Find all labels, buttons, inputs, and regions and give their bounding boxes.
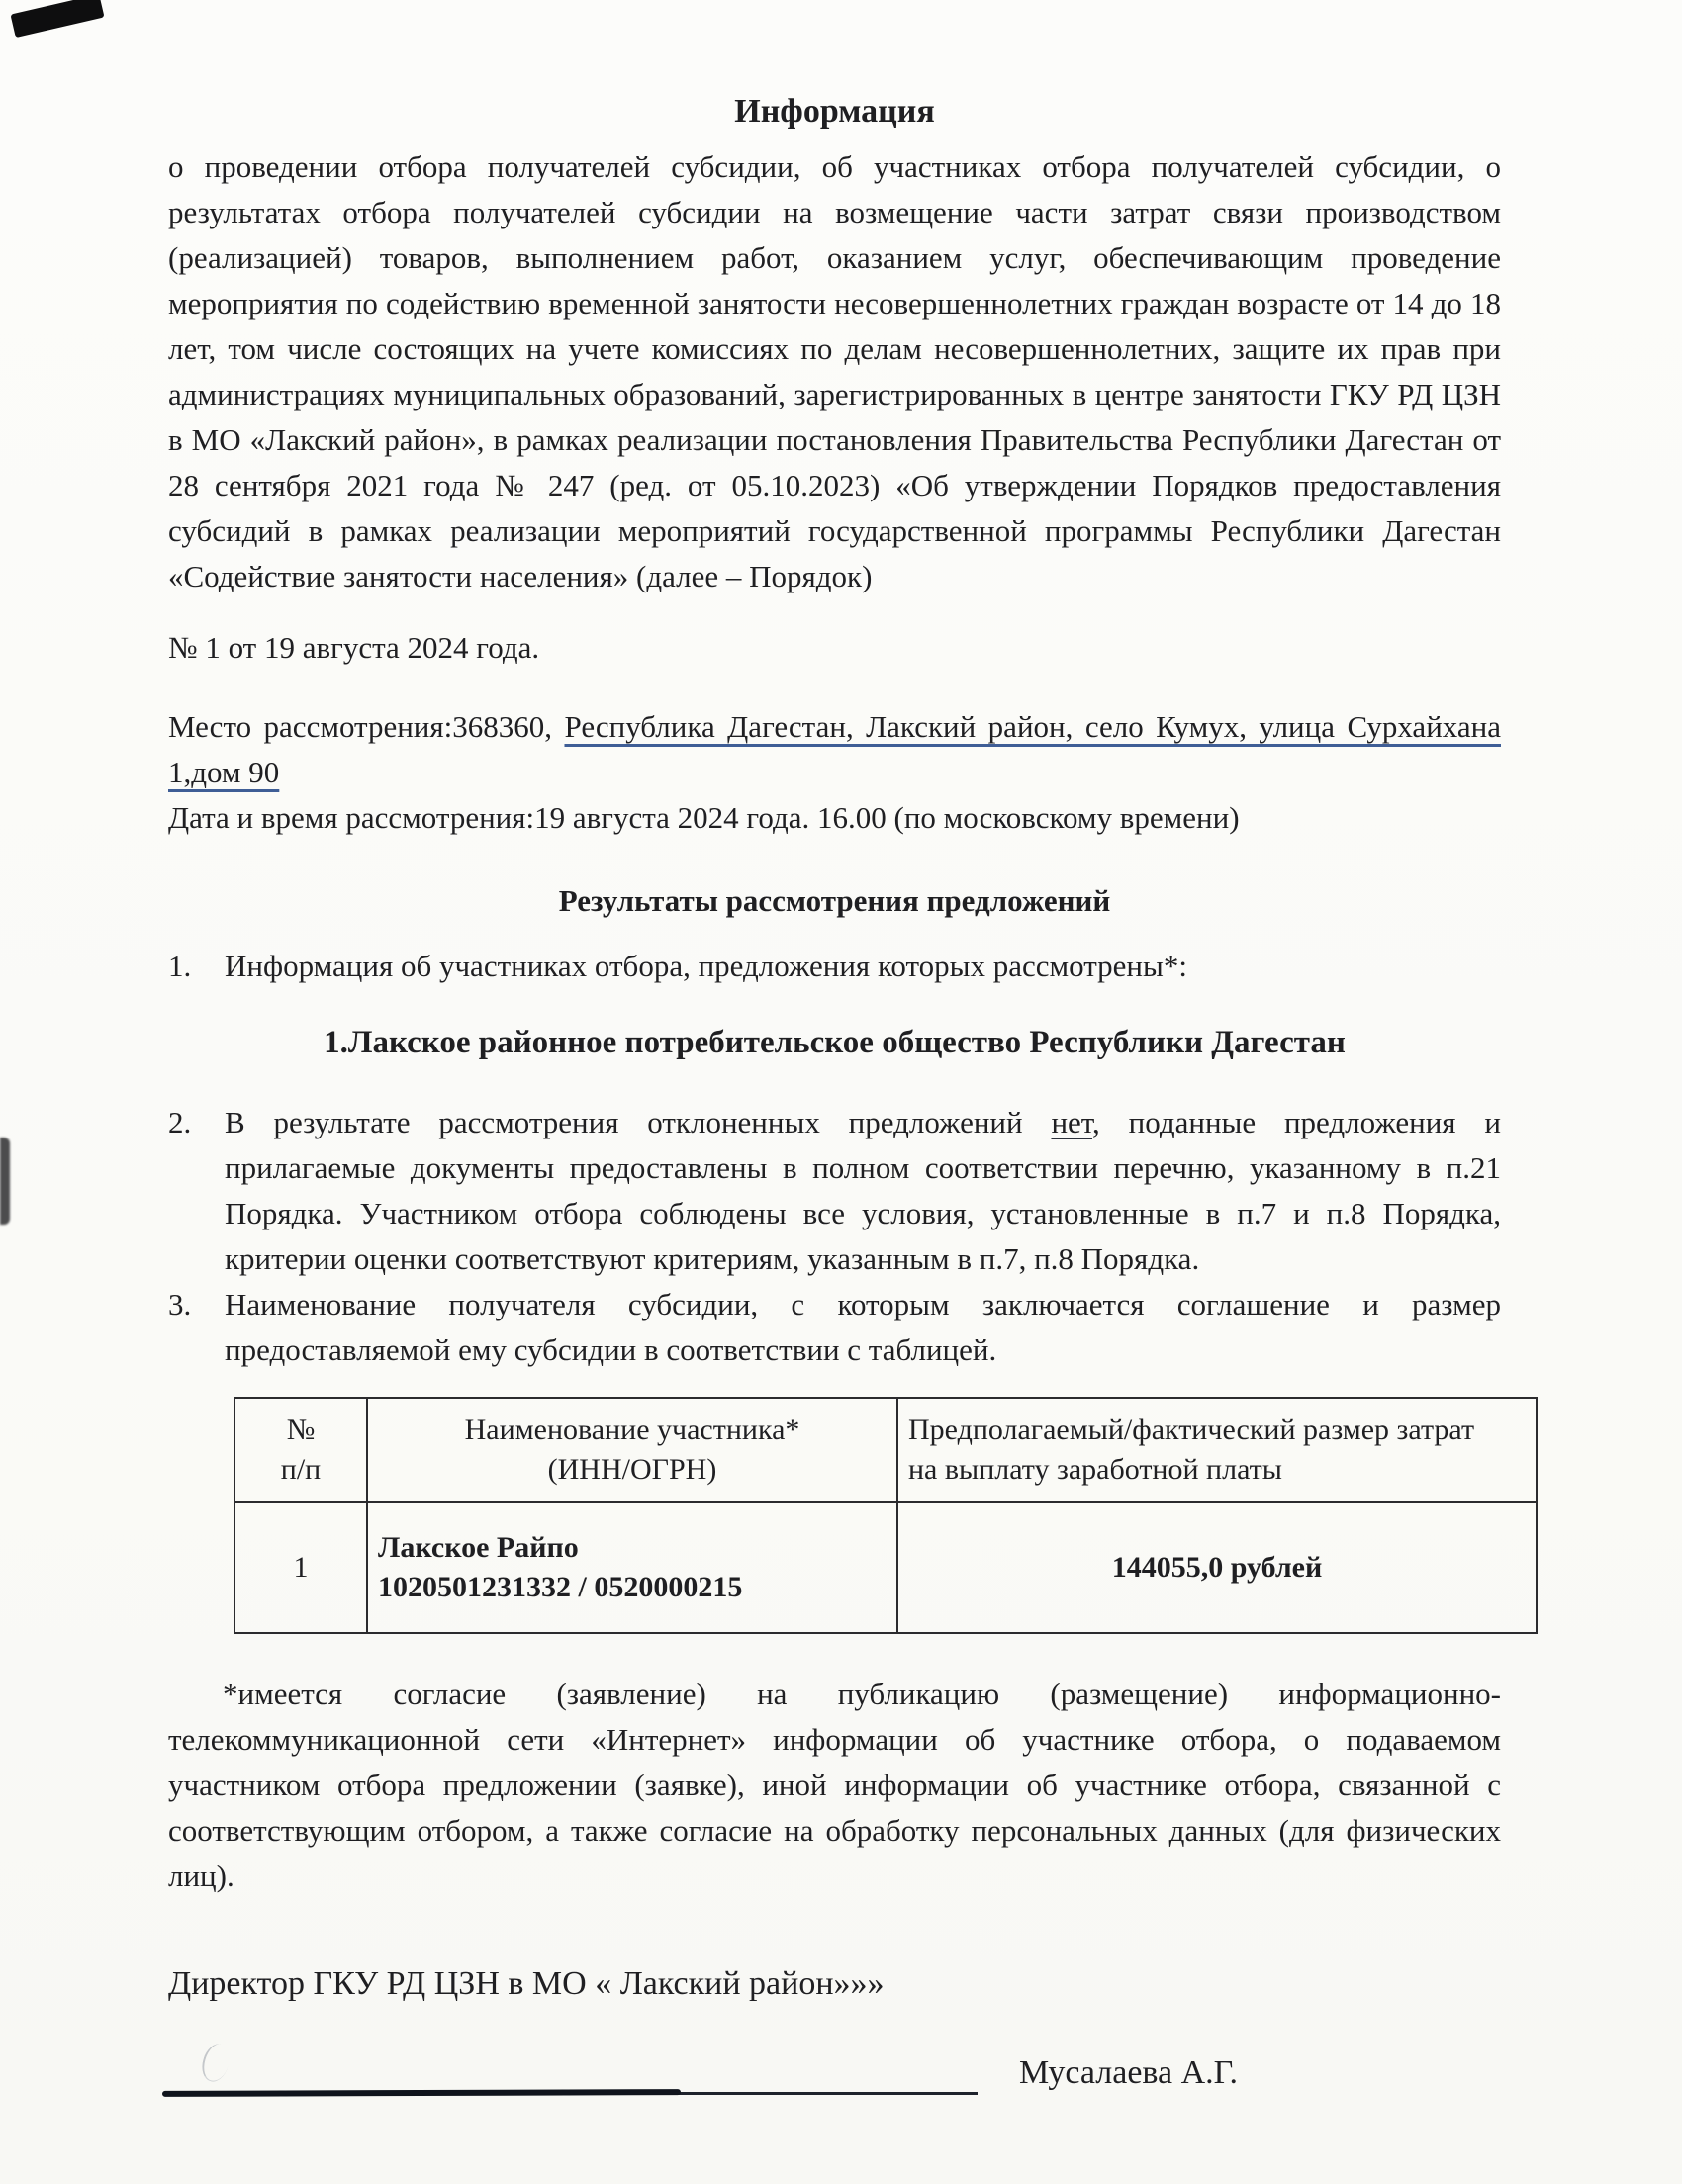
list-item-2: 2. В результате рассмотрения отклоненных… [168,1100,1501,1282]
item2-prefix: В результате рассмотрения отклоненных пр… [225,1105,1051,1139]
scanned-document-page: Информация о проведении отбора получател… [0,0,1682,2184]
table-cell-num: 1 [234,1502,367,1633]
table-header-num: № п/п [234,1398,367,1502]
table-row: 1 Лакское Райпо 1020501231332 / 05200002… [234,1502,1537,1633]
scan-artifact-corner [10,0,104,38]
table-header-participant: Наименование участника* (ИНН/ОГРН) [367,1398,897,1502]
results-heading: Результаты рассмотрения предложений [168,878,1501,924]
datetime-line: Дата и время рассмотрения:19 августа 202… [168,795,1501,841]
list-item-3-text: Наименование получателя субсидии, с кото… [225,1282,1501,1373]
signature-name: Мусалаева А.Г. [1019,2051,1238,2095]
document-number-line: № 1 от 19 августа 2024 года. [168,625,1501,671]
list-item-1: 1. Информация об участниках отбора, пред… [168,944,1501,989]
item2-underlined-net: нет [1051,1105,1092,1139]
table-header-amount: Предполагаемый/фактический размер затрат… [897,1398,1537,1502]
footnote-paragraph: *имеется согласие (заявление) на публика… [168,1672,1501,1899]
list-item-2-text: В результате рассмотрения отклоненных пр… [225,1100,1501,1282]
signature-line [168,2054,978,2095]
intro-paragraph: о проведении отбора получателей субсидии… [168,144,1501,599]
place-line: Место рассмотрения:368360, Республика Да… [168,704,1501,795]
subsidy-table: № п/п Наименование участника* (ИНН/ОГРН)… [234,1397,1538,1634]
list-marker-1: 1. [168,944,225,989]
table-cell-participant: Лакское Райпо 1020501231332 / 0520000215 [367,1502,897,1633]
list-marker-2: 2. [168,1100,225,1282]
scan-artifact-edge-smudge [0,1137,10,1225]
participant-heading: 1.Лакское районное потребительское общес… [168,1019,1501,1066]
document-title: Информация [168,91,1501,133]
document-content: Информация о проведении отбора получател… [168,0,1501,2095]
director-line: Директор ГКУ РД ЦЗН в МО « Лакский район… [168,1960,1501,2008]
table-header-row: № п/п Наименование участника* (ИНН/ОГРН)… [234,1398,1537,1502]
signature-row: Мусалаева А.Г. [168,2051,1501,2095]
table-cell-amount: 144055,0 рублей [897,1502,1537,1633]
place-prefix: Место рассмотрения:368360, [168,709,564,744]
list-item-3: 3. Наименование получателя субсидии, с к… [168,1282,1501,1373]
list-item-1-text: Информация об участниках отбора, предлож… [225,944,1501,989]
list-marker-3: 3. [168,1282,225,1373]
